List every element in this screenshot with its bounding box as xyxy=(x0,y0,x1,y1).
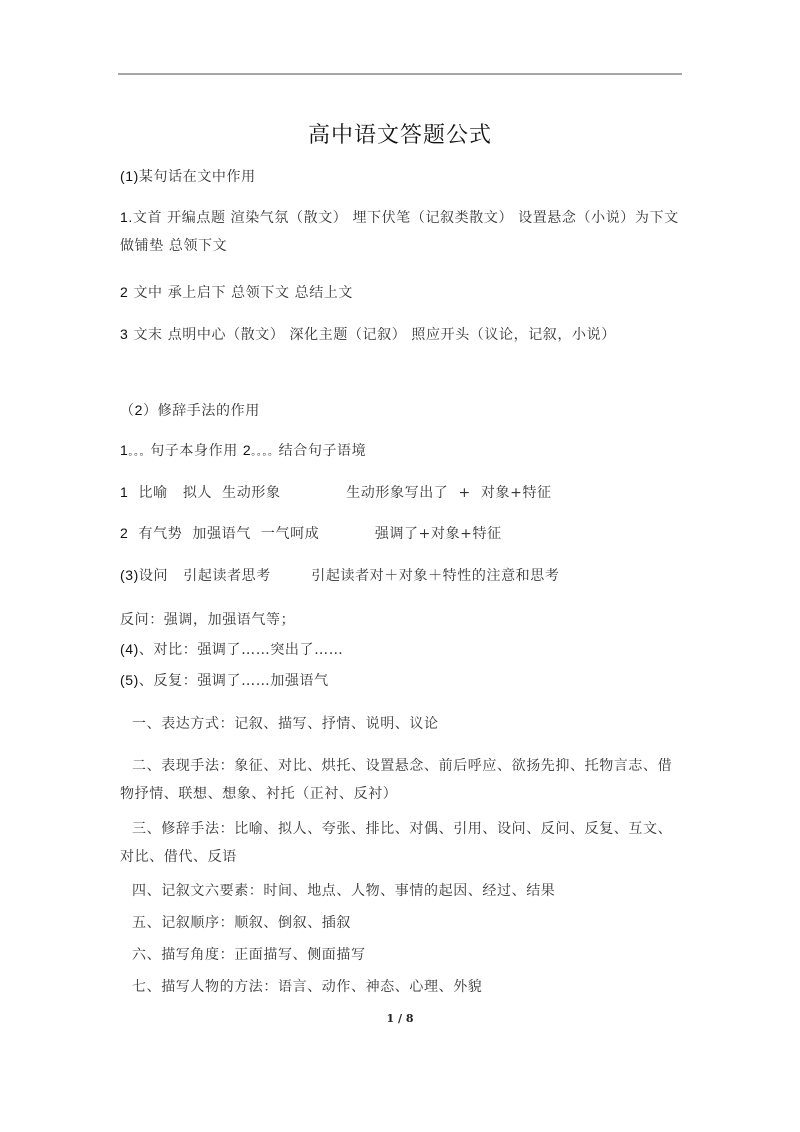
section2-heading-text: ）修辞手法的作用 xyxy=(143,403,260,419)
section1-heading-num: (1) xyxy=(120,168,139,184)
summary-item-6: 六、描写角度：正面描写、侧面描写 xyxy=(132,944,366,964)
summary-item-5: 五、记叙顺序：顺叙、倒叙、插叙 xyxy=(132,912,351,932)
item-text: 文首 开编点题 渲染气氛（散文） 埋下伏笔（记叙类散文） 设置悬念（小说）为下文… xyxy=(120,210,679,254)
item-num: (3) xyxy=(120,567,139,583)
intro-text-1: 句子本身作用 xyxy=(150,443,243,459)
item-num: (4) xyxy=(120,641,139,657)
intro-num-2: 2 xyxy=(243,442,251,458)
rhetorical-question-line: 反问：强调，加强语气等； xyxy=(120,609,295,629)
intro-dots-1: 。。。 xyxy=(128,447,150,458)
section2-item-1: 1 比喻 拟人 生动形象 生动形象写出了 + 对象+特征 xyxy=(120,482,552,502)
summary-item-3: 三、修辞手法：比喻、拟人、夸张、排比、对偶、引用、设问、反问、反复、互文、对比、… xyxy=(120,815,686,871)
page-indicator: 1 / 8 xyxy=(0,1012,800,1025)
section1-item-3: 3 文末 点明中心（散文） 深化主题（记叙） 照应开头（议论，记叙，小说） xyxy=(120,324,616,344)
item-text: 设问 引起读者思考 引起读者对＋对象＋特性的注意和思考 xyxy=(139,568,560,584)
section2-item-2: 2 有气势 加强语气 一气呵成 强调了+对象+特征 xyxy=(120,523,502,543)
header-rule xyxy=(118,73,682,75)
summary-item-1: 一、表达方式：记叙、描写、抒情、说明、议论 xyxy=(132,713,439,733)
document-title: 高中语文答题公式 xyxy=(0,118,800,149)
intro-text-2: 结合句子语境 xyxy=(279,443,367,459)
item-num: 1. xyxy=(120,209,133,225)
section2-intro: 1。。。句子本身作用 2。。。。结合句子语境 xyxy=(120,440,366,460)
summary-item-4: 四、记叙文六要素：时间、地点、人物、事情的起因、经过、结果 xyxy=(132,880,555,900)
intro-dots-2: 。。。。 xyxy=(251,447,278,458)
item-text: 、反复：强调了……加强语气 xyxy=(139,673,329,689)
section1-item-2: 2 文中 承上启下 总领下文 总结上文 xyxy=(120,282,353,302)
item-num: (5) xyxy=(120,672,139,688)
item-text: 文中 承上启下 总领下文 总结上文 xyxy=(128,285,353,301)
section1-item-1: 1.文首 开编点题 渲染气氛（散文） 埋下伏笔（记叙类散文） 设置悬念（小说）为… xyxy=(120,203,686,260)
item-text: 文末 点明中心（散文） 深化主题（记叙） 照应开头（议论，记叙，小说） xyxy=(128,327,615,343)
item-text: 、对比：强调了……突出了…… xyxy=(139,642,343,658)
summary-item-7: 七、描写人物的方法：语言、动作、神态、心理、外貌 xyxy=(132,976,482,996)
section2-heading-prefix: （ xyxy=(120,403,135,419)
section2-heading-num: 2 xyxy=(135,402,143,418)
section2-heading: （2）修辞手法的作用 xyxy=(120,400,260,420)
summary-item-2: 二、表现手法：象征、对比、烘托、设置悬念、前后呼应、欲扬先抑、托物言志、借物抒情… xyxy=(120,752,686,808)
item-text: 比喻 拟人 生动形象 生动形象写出了 + 对象+特征 xyxy=(128,485,551,501)
section2-item-3: (3)设问 引起读者思考 引起读者对＋对象＋特性的注意和思考 xyxy=(120,565,559,585)
repetition-line: (5)、反复：强调了……加强语气 xyxy=(120,670,329,690)
contrast-line: (4)、对比：强调了……突出了…… xyxy=(120,639,343,659)
section1-heading-text: 某句话在文中作用 xyxy=(139,169,256,185)
item-text: 有气势 加强语气 一气呵成 强调了+对象+特征 xyxy=(128,526,501,542)
section1-heading: (1)某句话在文中作用 xyxy=(120,166,256,186)
